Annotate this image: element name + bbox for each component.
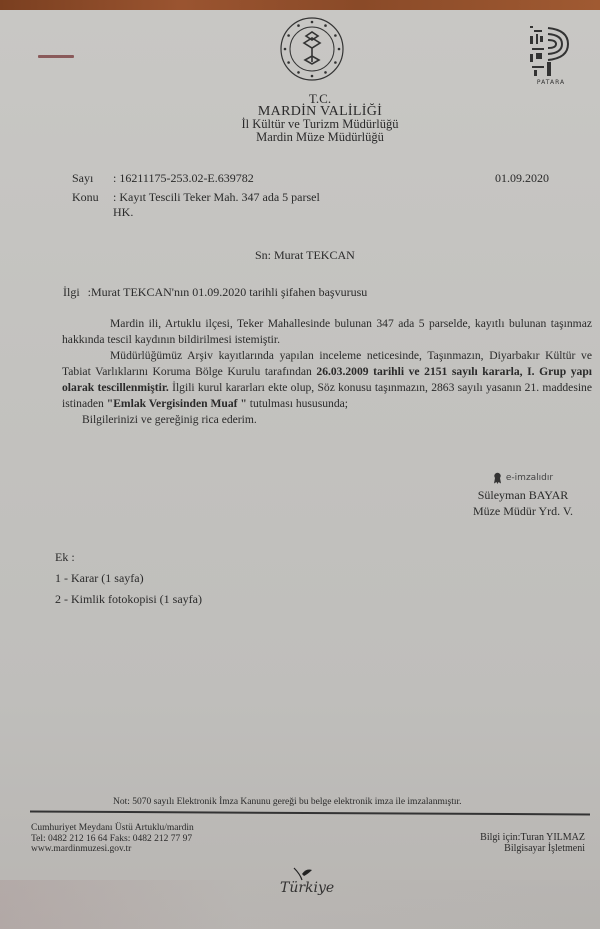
- letter-body: Mardin ili, Artuklu ilçesi, Teker Mahall…: [62, 316, 592, 428]
- patara-logo-label: PATARA: [526, 79, 576, 86]
- recipient: Sn: Murat TEKCAN: [255, 248, 355, 263]
- esign-label: e-imzalıdır: [506, 470, 553, 486]
- signature-block: e-imzalıdır Süleyman BAYAR Müze Müdür Yr…: [448, 470, 598, 519]
- red-pen-mark: [38, 55, 74, 58]
- konu-value: : Kayıt Tescili Teker Mah. 347 ada 5 par…: [113, 190, 323, 220]
- footer-contact: Cumhuriyet Meydanı Üstü Artuklu/mardin T…: [31, 823, 194, 855]
- ilgi-label: İlgi: [63, 285, 80, 299]
- attachments-label: Ek :: [55, 547, 202, 568]
- info-contact: Bilgi için:Turan YILMAZ: [455, 832, 585, 843]
- attachments: Ek : 1 - Karar (1 sayfa) 2 - Kimlik foto…: [55, 547, 202, 610]
- esign-law-note: Not: 5070 sayılı Elektronik İmza Kanunu …: [113, 797, 462, 807]
- patara-logo-icon: [528, 22, 572, 84]
- footer-phone: Tel: 0482 212 16 64 Faks: 0482 212 77 97: [31, 834, 194, 845]
- sayi-label: Sayı: [72, 171, 93, 186]
- ministry-emblem-icon: [279, 16, 345, 82]
- body-paragraph-1: Mardin ili, Artuklu ilçesi, Teker Mahall…: [62, 316, 592, 348]
- sayi-value: : 16211175-253.02-E.639782: [113, 171, 373, 186]
- p2-text-e: tutulması hususunda;: [247, 397, 348, 410]
- body-paragraph-3: Bilgilerinizi ve gereğinig rica ederim.: [62, 412, 592, 428]
- attachment-item: 1 - Karar (1 sayfa): [55, 568, 202, 589]
- konu-label: Konu: [72, 190, 99, 205]
- letterhead-museum: Mardin Müze Müdürlüğü: [200, 131, 440, 144]
- footer-info: Bilgi için:Turan YILMAZ Bilgisayar İşlet…: [455, 832, 585, 854]
- ribbon-award-icon: [493, 472, 502, 484]
- body-paragraph-2: Müdürlüğümüz Arşiv kayıtlarında yapılan …: [62, 348, 592, 412]
- ilgi-row: İlgi:Murat TEKCAN'nın 01.09.2020 tarihli…: [63, 285, 367, 300]
- signatory-title: Müze Müdür Yrd. V.: [448, 503, 598, 519]
- signatory-name: Süleyman BAYAR: [448, 487, 598, 503]
- esign-badge: e-imzalıdır: [448, 470, 598, 486]
- photo-shadow: [0, 880, 600, 929]
- footer-website: www.mardinmuzesi.gov.tr: [31, 844, 194, 855]
- document-date: 01.09.2020: [495, 171, 549, 186]
- p2-bold-exemption: "Emlak Vergisinden Muaf ": [107, 397, 247, 410]
- footer-address: Cumhuriyet Meydanı Üstü Artuklu/mardin: [31, 823, 194, 834]
- info-department: Bilgisayar İşletmeni: [455, 843, 585, 854]
- attachment-item: 2 - Kimlik fotokopisi (1 sayfa): [55, 589, 202, 610]
- ilgi-value: :Murat TEKCAN'nın 01.09.2020 tarihli şif…: [88, 285, 368, 299]
- letterhead-title: T.C. MARDİN VALİLİĞİ İl Kültür ve Turizm…: [200, 92, 440, 144]
